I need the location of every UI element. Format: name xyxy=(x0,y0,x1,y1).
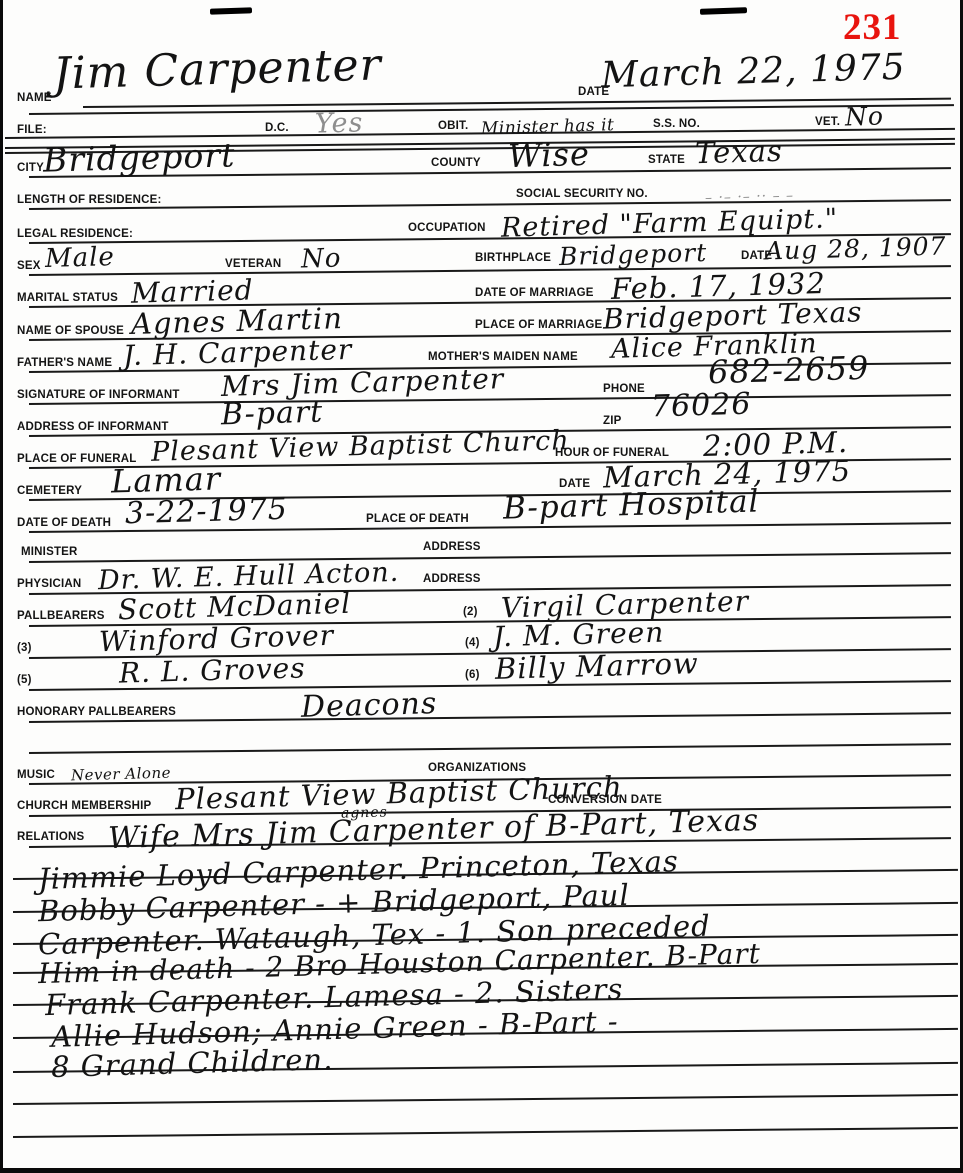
scan-mark-right xyxy=(700,7,747,15)
cemetery-value: Lamar xyxy=(111,462,222,497)
physician-address-label: ADDRESS xyxy=(423,573,481,585)
scan-mark-left xyxy=(210,7,252,14)
honorary-pallbearers-label: HONORARY PALLBEARERS xyxy=(17,706,176,718)
pallbearer6-label: (6) xyxy=(465,669,480,681)
address-of-informant-value: B-part xyxy=(221,398,324,431)
county-label: COUNTY xyxy=(431,157,481,169)
rule-line xyxy=(13,1094,958,1105)
pallbearer6-value: Billy Marrow xyxy=(495,649,699,684)
rule-line xyxy=(13,1127,958,1138)
pallbearer5-label: (5) xyxy=(17,674,32,686)
sex-value: Male xyxy=(45,244,116,272)
dc-label: D.C. xyxy=(265,122,289,134)
pallbearer4-label: (4) xyxy=(465,637,480,649)
county-value: Wise xyxy=(508,138,591,172)
rule-line xyxy=(29,552,951,563)
length-of-residence-label: LENGTH OF RESIDENCE: xyxy=(17,194,162,206)
minister-label: MINISTER xyxy=(21,546,78,558)
place-of-death-label: PLACE OF DEATH xyxy=(366,513,469,525)
place-of-death-value: B-part Hospital xyxy=(503,486,760,524)
phone-value: 682-2659 xyxy=(708,352,870,388)
church-membership-label: CHURCH MEMBERSHIP xyxy=(17,800,151,812)
birthplace-label: BIRTHPLACE xyxy=(475,252,551,264)
marital-status-value: Married xyxy=(131,276,254,307)
name-value: Jim Carpenter xyxy=(52,43,382,96)
marital-status-label: MARITAL STATUS xyxy=(17,292,118,304)
music-label: MUSIC xyxy=(17,769,55,781)
zip-value: 76026 xyxy=(651,390,752,423)
social-security-no-value: – ·– ·– ·· – – xyxy=(705,189,794,205)
obit-label: OBIT. xyxy=(438,120,468,132)
pallbearer2-label: (2) xyxy=(463,606,478,618)
hour-of-funeral-label: HOUR OF FUNERAL xyxy=(555,447,669,459)
page-number: 231 xyxy=(843,6,902,49)
place-of-marriage-label: PLACE OF MARRIAGE xyxy=(475,319,602,331)
fathers-name-label: FATHER'S NAME xyxy=(17,357,112,369)
pallbearers-label: PALLBEARERS xyxy=(17,610,105,622)
veteran-label: VETERAN xyxy=(225,258,281,270)
city-value: Bridgeport xyxy=(43,138,236,176)
phone-label: PHONE xyxy=(603,383,645,395)
veteran-value: No xyxy=(301,245,342,272)
social-security-no-label: SOCIAL SECURITY NO. xyxy=(516,188,648,200)
minister-address-label: ADDRESS xyxy=(423,541,481,553)
obit-value: Minister has it xyxy=(481,117,615,138)
ss-no-label: S.S. NO. xyxy=(653,118,700,130)
music-value: Never Alone xyxy=(71,766,171,784)
signature-of-informant-label: SIGNATURE OF INFORMANT xyxy=(17,389,180,401)
dc-value: Yes xyxy=(315,109,364,137)
date-of-marriage-label: DATE OF MARRIAGE xyxy=(475,287,594,299)
vet-value: No xyxy=(845,103,885,129)
birth-date-value: Aug 28, 1907 xyxy=(765,233,947,263)
pallbearer5-value: R. L. Groves xyxy=(119,654,306,687)
relations-label: RELATIONS xyxy=(17,831,84,843)
funeral-record-card: 231 NAME DATE FILE: D.C. OBIT. S.S. NO. … xyxy=(0,0,963,1173)
occupation-label: OCCUPATION xyxy=(408,222,486,234)
place-of-marriage-value: Bridgeport Texas xyxy=(603,298,863,333)
address-of-informant-label: ADDRESS OF INFORMANT xyxy=(17,421,169,433)
vet-label: VET. xyxy=(815,116,840,128)
pallbearer4-value: J. M. Green xyxy=(493,619,665,652)
state-label: STATE xyxy=(648,154,685,166)
cemetery-label: CEMETERY xyxy=(17,485,82,497)
rule-line xyxy=(29,743,951,754)
legal-residence-label: LEGAL RESIDENCE: xyxy=(17,228,133,240)
date-of-death-label: DATE OF DEATH xyxy=(17,517,111,529)
birthplace-value: Bridgeport xyxy=(559,240,708,269)
pallbearer3-label: (3) xyxy=(17,642,32,654)
date-value: March 22, 1975 xyxy=(601,50,907,94)
city-label: CITY xyxy=(17,162,44,174)
honorary-pallbearers-value: Deacons xyxy=(301,689,438,723)
relations-line: 8 Grand Children. xyxy=(51,1045,334,1082)
zip-label: ZIP xyxy=(603,415,622,427)
fathers-name-value: J. H. Carpenter xyxy=(123,336,353,370)
name-label: NAME xyxy=(17,92,52,104)
state-value: Texas xyxy=(695,137,784,168)
date-of-death-value: 3-22-1975 xyxy=(125,495,289,530)
physician-label: PHYSICIAN xyxy=(17,578,81,590)
name-of-spouse-label: NAME OF SPOUSE xyxy=(17,325,124,337)
file-label: FILE: xyxy=(17,124,47,136)
sex-label: SEX xyxy=(17,260,41,272)
